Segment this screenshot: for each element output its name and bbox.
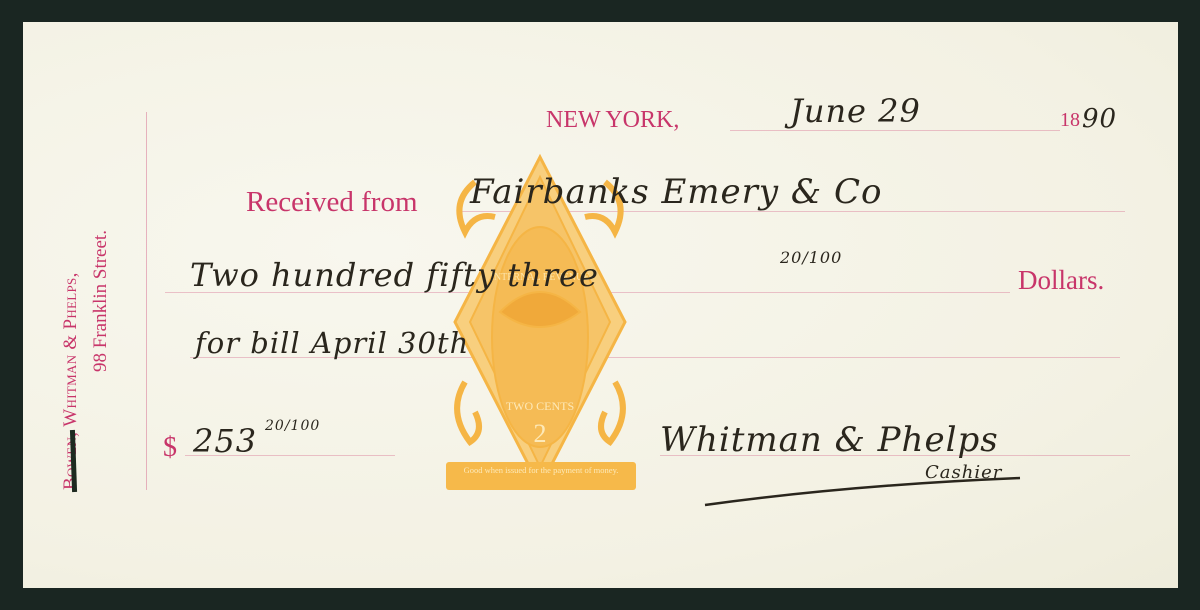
signature-flourish xyxy=(700,470,1030,510)
date-rule xyxy=(730,130,1060,131)
signature-handwritten: Whitman & Phelps xyxy=(660,420,999,460)
amount-words-cents: 20/100 xyxy=(780,248,842,267)
stamp-denomination-numeral: 2 xyxy=(534,419,547,448)
firm-address: 98 Franklin Street. xyxy=(90,230,112,372)
firm-name: Whitman & Phelps, xyxy=(60,272,81,426)
amount-words-handwritten: Two hundred fifty three xyxy=(190,256,599,294)
year-handwritten: 90 xyxy=(1082,104,1117,134)
dollar-sign: $ xyxy=(163,432,177,464)
stamp-denomination-text: TWO CENTS xyxy=(506,399,574,413)
amount-figures-cents: 20/100 xyxy=(265,418,320,434)
year-printed: 18 xyxy=(1060,109,1080,132)
place-label: NEW YORK, xyxy=(546,107,679,134)
payer-handwritten: Fairbanks Emery & Co xyxy=(470,172,882,212)
amount-figures-handwritten: 253 xyxy=(193,422,257,460)
stamp-label: Good when issued for the payment of mone… xyxy=(446,462,636,490)
struck-firm-name: Bowen, xyxy=(60,432,82,490)
received-from-label: Received from xyxy=(246,186,418,219)
date-handwritten: June 29 xyxy=(790,92,921,130)
memo-handwritten: for bill April 30th xyxy=(195,326,469,360)
margin-rule xyxy=(146,112,147,490)
dollars-label: Dollars. xyxy=(1018,265,1104,296)
